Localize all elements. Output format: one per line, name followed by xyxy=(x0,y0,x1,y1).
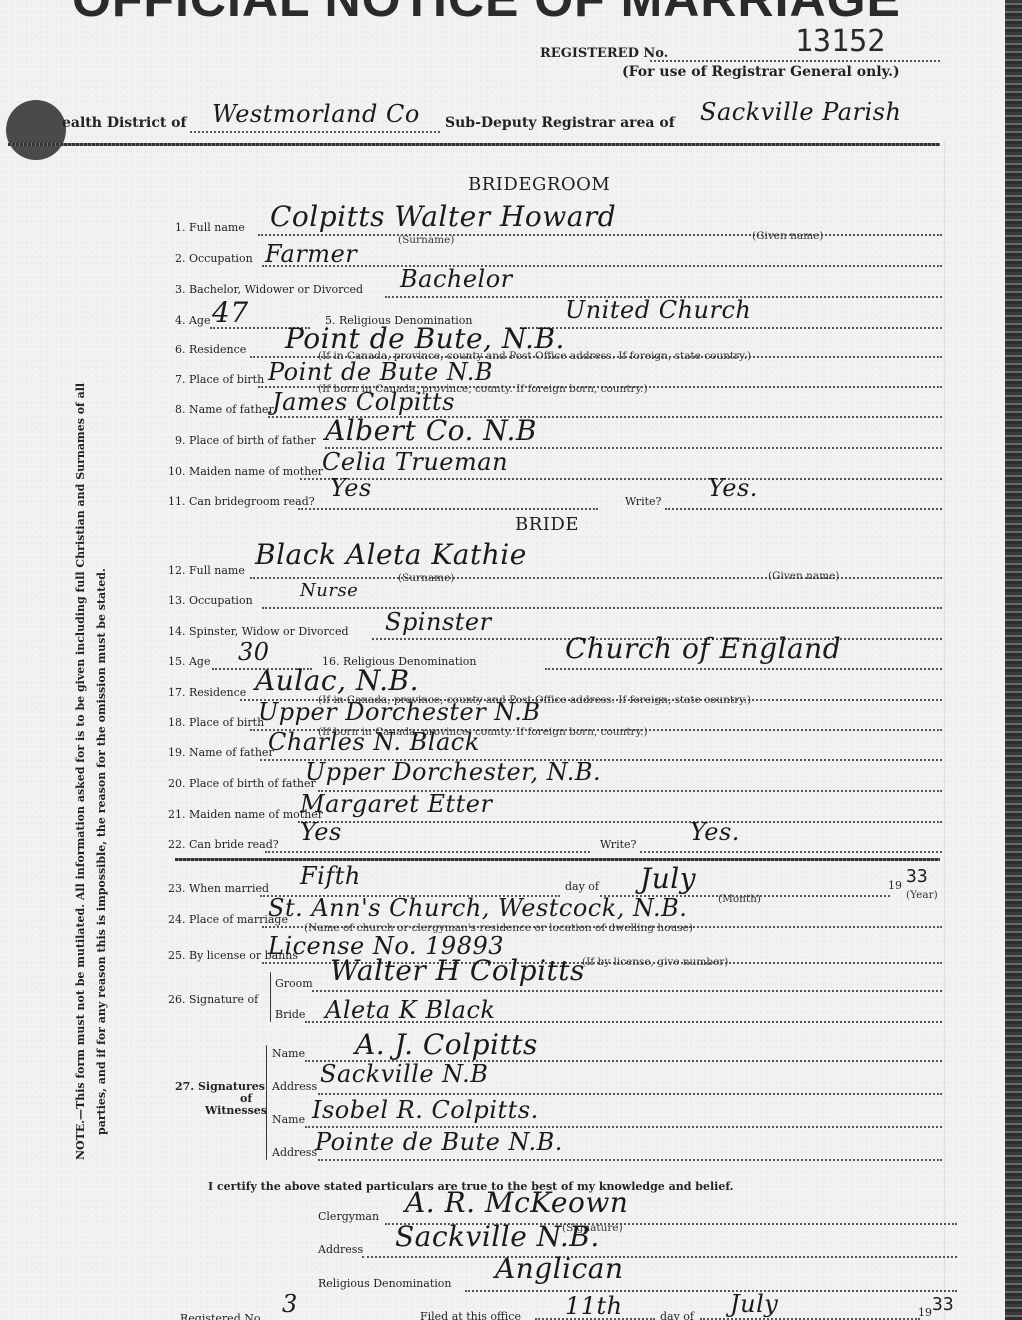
register-no-value: 3 xyxy=(282,1290,298,1318)
groom-birthplace-value: Point de Bute N.B xyxy=(268,358,493,386)
filed-day-of-label: day of xyxy=(660,1310,694,1320)
groom-age-label: 4. Age xyxy=(175,314,211,327)
groom-read-value: Yes xyxy=(330,474,372,502)
bride-mother-value: Margaret Etter xyxy=(300,790,492,818)
groom-full-name-label: 1. Full name xyxy=(175,221,245,234)
groom-sig-line xyxy=(312,990,942,992)
bride-father-label: 19. Name of father xyxy=(168,746,274,759)
groom-birthplace-label: 7. Place of birth xyxy=(175,373,264,386)
witness1-address-label: Address xyxy=(272,1080,317,1093)
witness2-address: Pointe de Bute N.B. xyxy=(315,1128,563,1156)
filed-day-value: 11th xyxy=(565,1292,623,1320)
clergyman-label: Clergyman xyxy=(318,1210,379,1223)
bride-read-line xyxy=(265,851,590,853)
groom-father-label: 8. Name of father xyxy=(175,403,274,416)
filed-label: Filed at this office xyxy=(420,1310,521,1320)
witnesses-label-witnesses: Witnesses xyxy=(205,1104,267,1117)
groom-sig-label: Groom xyxy=(275,977,313,990)
bride-occupation-label: 13. Occupation xyxy=(168,594,253,607)
bride-read-value: Yes xyxy=(300,818,342,846)
groom-write-value: Yes. xyxy=(708,474,758,502)
month-hint: (Month) xyxy=(718,893,761,905)
side-note-line2: parties, and if for any reason this is i… xyxy=(91,383,112,1160)
sub-deputy-value: Sackville Parish xyxy=(700,98,901,126)
witness-brace xyxy=(266,1045,267,1160)
signature-brace xyxy=(270,972,271,1022)
bride-status-value: Spinster xyxy=(385,608,492,636)
side-note: NOTE.—This form must not be mutilated. A… xyxy=(70,383,112,1160)
side-note-line1: NOTE.—This form must not be mutilated. A… xyxy=(70,383,91,1160)
year-prefix: 19 xyxy=(888,879,902,892)
groom-religion-line xyxy=(520,327,942,329)
bride-religion-value: Church of England xyxy=(565,632,841,665)
groom-mother-label: 10. Maiden name of mother xyxy=(168,465,323,478)
health-district-line xyxy=(190,131,440,133)
bride-religion-line xyxy=(545,668,942,670)
bride-full-name-value: Black Aleta Kathie xyxy=(255,538,527,571)
groom-religion-value: United Church xyxy=(565,296,751,324)
bride-father-birthplace-value: Upper Dorchester, N.B. xyxy=(305,758,601,786)
witness2-name: Isobel R. Colpitts. xyxy=(312,1096,539,1124)
day-of-label: day of xyxy=(565,880,599,893)
clergy-religion-line xyxy=(465,1290,957,1292)
scanner-edge xyxy=(1005,0,1022,1320)
bridegroom-heading: BRIDEGROOM xyxy=(468,174,610,195)
groom-status-value: Bachelor xyxy=(400,265,513,293)
groom-father-birthplace-label: 9. Place of birth of father xyxy=(175,434,316,447)
groom-status-label: 3. Bachelor, Widower or Divorced xyxy=(175,283,363,296)
groom-residence-label: 6. Residence xyxy=(175,343,246,356)
sub-deputy-label: Sub-Deputy Registrar area of xyxy=(445,115,675,131)
bride-write-value: Yes. xyxy=(690,818,740,846)
witness2-address-line xyxy=(318,1159,942,1161)
groom-surname-hint: (Surname) xyxy=(398,234,454,246)
groom-signature: Walter H Colpitts xyxy=(330,954,585,987)
witness2-name-label: Name xyxy=(272,1113,305,1126)
bride-mother-line xyxy=(298,821,942,823)
groom-occupation-label: 2. Occupation xyxy=(175,252,253,265)
bride-read-label: 22. Can bride read? xyxy=(168,838,279,851)
clergy-religion-label: Religious Denomination xyxy=(318,1277,452,1290)
groom-mother-value: Celia Trueman xyxy=(322,448,508,476)
groom-age-value: 47 xyxy=(212,296,249,329)
bride-given-hint: (Given name) xyxy=(768,570,839,582)
health-district-label: ealth District of xyxy=(62,115,187,131)
bride-residence-label: 17. Residence xyxy=(168,686,246,699)
bride-age-value: 30 xyxy=(238,638,270,666)
bride-father-birthplace-label: 20. Place of birth of father xyxy=(168,777,316,790)
clergy-address-value: Sackville N.B. xyxy=(395,1220,600,1253)
registered-no-label: REGISTERED No. xyxy=(540,46,668,61)
clergy-address-line xyxy=(362,1256,957,1258)
groom-father-birthplace-value: Albert Co. N.B xyxy=(325,414,537,447)
bride-write-label: Write? xyxy=(600,838,636,851)
groom-occupation-line xyxy=(262,265,942,267)
bride-heading: BRIDE xyxy=(515,514,579,535)
filed-year-value: 33 xyxy=(932,1294,954,1315)
bride-write-line xyxy=(640,851,942,853)
when-married-label: 23. When married xyxy=(168,882,269,895)
bride-signature: Aleta K Black xyxy=(325,996,495,1024)
witness1-address-line xyxy=(318,1093,942,1095)
signature-of-label: 26. Signature of xyxy=(168,993,258,1006)
bride-father-value: Charles N. Black xyxy=(268,728,480,756)
document-page: OFFICIAL NOTICE OF MARRIAGE REGISTERED N… xyxy=(0,0,1005,1320)
place-of-marriage-value: St. Ann's Church, Westcock, N.B. xyxy=(268,894,687,922)
witness1-name: A. J. Colpitts xyxy=(355,1028,538,1061)
bride-birthplace-value: Upper Dorchester N.B xyxy=(258,698,541,726)
clergyman-signature: A. R. McKeown xyxy=(405,1186,628,1219)
groom-occupation-value: Farmer xyxy=(265,240,357,268)
bride-status-label: 14. Spinster, Widow or Divorced xyxy=(168,625,349,638)
registered-no-line xyxy=(650,60,940,62)
bride-full-name-label: 12. Full name xyxy=(168,564,245,577)
groom-write-label: Write? xyxy=(625,495,661,508)
registered-no-value: 13152 xyxy=(795,24,885,59)
bride-residence-value: Aulac, N.B. xyxy=(255,664,419,697)
groom-full-name-value: Colpitts Walter Howard xyxy=(270,200,616,233)
groom-mother-line xyxy=(300,478,942,480)
groom-full-name-line xyxy=(258,234,942,236)
witness1-address: Sackville N.B xyxy=(320,1060,488,1088)
filed-year-prefix: 19 xyxy=(918,1306,932,1319)
bride-sig-label: Bride xyxy=(275,1008,305,1021)
groom-read-label: 11. Can bridegroom read? xyxy=(168,495,315,508)
filed-month-value: July xyxy=(730,1290,778,1318)
groom-father-value: James Colpitts xyxy=(272,388,455,416)
groom-given-hint: (Given name) xyxy=(752,230,823,242)
license-hint: (If by license, give number) xyxy=(582,956,728,968)
register-no-label: Registered No. xyxy=(180,1312,264,1320)
year-hint: (Year) xyxy=(906,889,938,901)
married-day-value: Fifth xyxy=(300,862,361,890)
registered-note: (For use of Registrar General only.) xyxy=(622,64,900,80)
clergy-religion-value: Anglican xyxy=(495,1252,624,1285)
health-district-value: Westmorland Co xyxy=(212,100,420,128)
bride-surname-hint: (Surname) xyxy=(398,572,454,584)
header-rule xyxy=(8,143,940,146)
married-year-value: 33 xyxy=(906,866,928,887)
page-crease xyxy=(944,140,945,1320)
bride-age-label: 15. Age xyxy=(168,655,211,668)
married-month-value: July xyxy=(640,862,696,895)
clergy-address-label: Address xyxy=(318,1243,363,1256)
witness2-address-label: Address xyxy=(272,1146,317,1159)
witness1-name-label: Name xyxy=(272,1047,305,1060)
section-rule xyxy=(175,858,940,861)
bride-birthplace-label: 18. Place of birth xyxy=(168,716,264,729)
punch-hole xyxy=(6,100,66,160)
bride-occupation-value: Nurse xyxy=(300,580,358,601)
groom-write-line xyxy=(665,508,942,510)
document-title: OFFICIAL NOTICE OF MARRIAGE xyxy=(72,0,901,28)
groom-read-line xyxy=(298,508,598,510)
bride-occupation-line xyxy=(262,607,942,609)
